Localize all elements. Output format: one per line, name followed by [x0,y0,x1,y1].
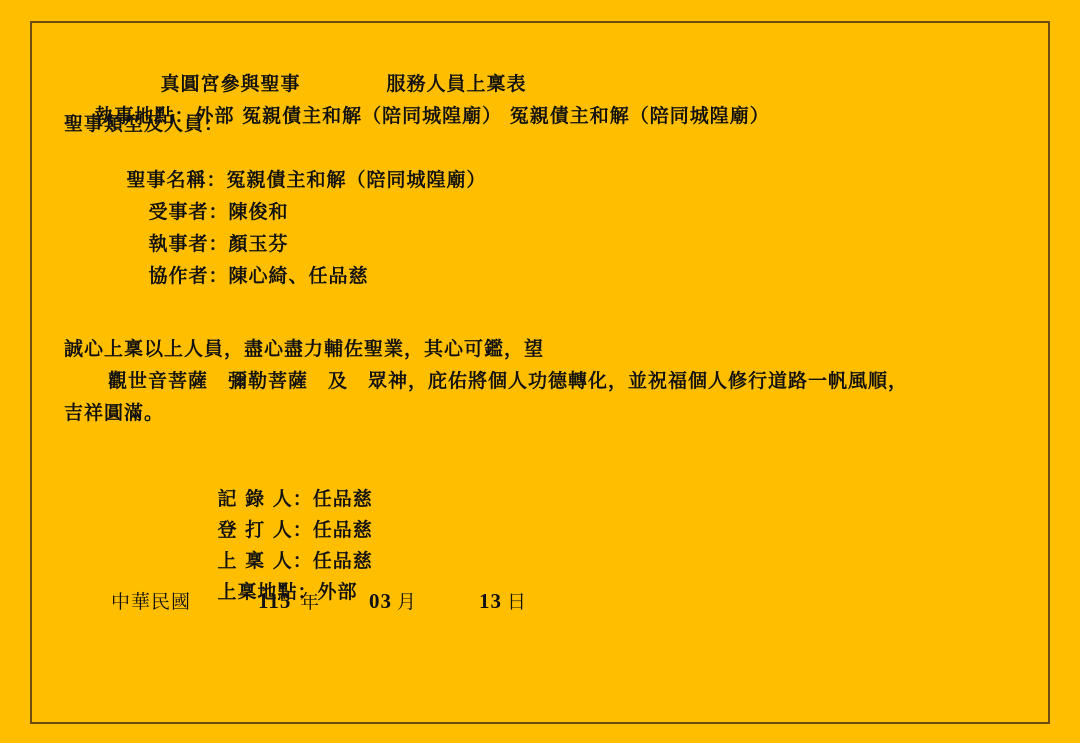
date-line: 中華民國 115 年 03 月 13 日 [0,590,1080,616]
date-month-unit: 月 [397,590,417,614]
prayer-line-3: 吉祥圓滿。 [64,401,164,425]
field-label: 協作者： [148,265,228,287]
date-day-unit: 日 [507,590,527,614]
field-assistants: 協作者：陳心綺、任品慈 [118,240,369,312]
document-page: 真圓宮參與聖事服務人員上稟表 執事地點：外部 冤親債主和解（陪同城隍廟） 冤親債… [0,0,1080,743]
date-month: 03 [369,589,392,613]
field-value: 陳心綺、任品慈 [228,265,368,287]
prayer-line-2: 觀世音菩薩 彌勒菩薩 及 眾神，庇佑將個人功德轉化，並祝福個人修行道路一帆風順， [108,369,908,393]
date-year-unit: 年 [300,590,320,614]
date-era: 中華民國 [111,590,191,614]
date-year: 115 [258,589,291,613]
category-heading: 聖事類型及人員： [64,112,224,136]
date-day: 13 [479,589,502,613]
location-value: 外部 冤親債主和解（陪同城隍廟） 冤親債主和解（陪同城隍廟） [194,105,769,127]
prayer-line-1: 誠心上稟以上人員，盡心盡力輔佐聖業，其心可鑑，望 [64,337,544,361]
